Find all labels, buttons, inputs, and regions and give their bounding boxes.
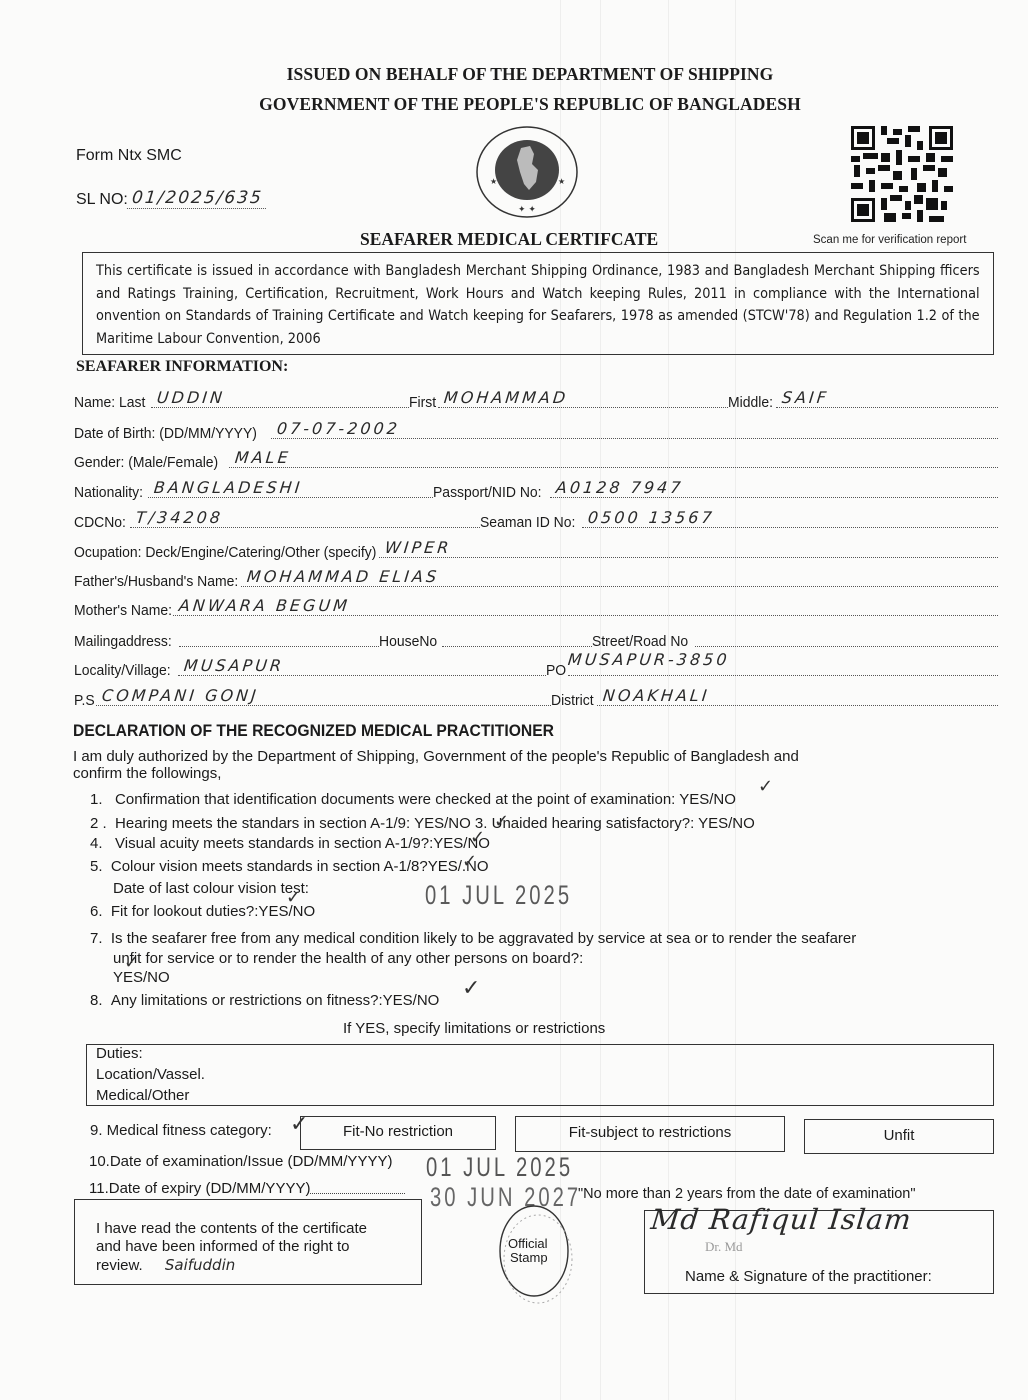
- mailing-address-label: Mailingaddress:: [74, 633, 172, 650]
- colour-test-date-stamp: 01 JUL 2025: [425, 880, 572, 911]
- seaman-id-label: Seaman ID No:: [480, 514, 575, 531]
- locality-label: Locality/Village:: [74, 662, 171, 679]
- practitioner-stamp-text: Dr. Md: [705, 1239, 743, 1255]
- location-label: Location/Vassel.: [96, 1064, 993, 1085]
- limitations-box: Duties: Location/Vassel. Medical/Other: [86, 1044, 994, 1106]
- duties-label: Duties:: [96, 1043, 993, 1064]
- locality-value: MUSAPUR: [183, 656, 285, 675]
- preamble-box: This certificate is issued in accordance…: [82, 252, 994, 355]
- item-8: 8. Any limitations or restrictions on fi…: [90, 992, 439, 1009]
- dob-row: Date of Birth: (DD/MM/YYYY) 07-07-2002: [74, 418, 998, 442]
- medical-other-label: Medical/Other: [96, 1085, 993, 1106]
- check-mark-icon: ✓: [494, 811, 509, 832]
- cdc-row: CDCNo: T/34208 Seaman ID No: 0500 13567: [74, 507, 998, 531]
- practitioner-signature-box: Md Rafiqul Islam Dr. Md Name & Signature…: [644, 1210, 994, 1294]
- preamble-text: This certificate is issued in accordance…: [96, 260, 980, 350]
- certificate-title: SEAFARER MEDICAL CERTIFCATE: [360, 229, 658, 250]
- acknowledgement-line-1: I have read the contents of the certific…: [96, 1220, 421, 1238]
- cdc-label: CDCNo:: [74, 514, 126, 531]
- serial-number-label: SL NO:: [76, 191, 128, 209]
- mother-label: Mother's Name:: [74, 602, 172, 619]
- exam-date-stamp: 01 JUL 2025: [426, 1152, 573, 1183]
- svg-text:★: ★: [490, 177, 497, 186]
- declaration-heading: DECLARATION OF THE RECOGNIZED MEDICAL PR…: [73, 722, 554, 741]
- fitness-option-unfit[interactable]: Unfit: [804, 1119, 994, 1154]
- official-stamp-label-2: Stamp: [510, 1250, 548, 1265]
- seafarer-info-heading: SEAFARER INFORMATION:: [76, 358, 288, 376]
- practitioner-label: Name & Signature of the practitioner:: [685, 1268, 932, 1285]
- item-5: 5. Colour vision meets standards in sect…: [90, 858, 489, 875]
- form-code: Form Ntx SMC: [76, 147, 182, 165]
- item-2-3: 2 . Hearing meets the standars in sectio…: [90, 815, 755, 832]
- nationality-row: Nationality: BANGLADESHI Passport/NID No…: [74, 477, 998, 501]
- name-row: Name: Last UDDIN First MOHAMMAD Middle: …: [74, 387, 998, 411]
- fitness-category-label: 9. Medical fitness category:: [90, 1122, 272, 1139]
- check-mark-icon: ✓: [286, 887, 301, 908]
- check-mark-icon: ✓: [124, 952, 139, 973]
- gender-row: Gender: (Male/Female) MALE: [74, 447, 998, 471]
- nationality-label: Nationality:: [74, 484, 143, 501]
- qr-caption: Scan me for verification report: [813, 234, 966, 246]
- limitations-caption: If YES, specify limitations or restricti…: [343, 1020, 605, 1037]
- middle-name-label: Middle:: [728, 394, 773, 411]
- item-7-continued: unfit for service or to render the healt…: [113, 950, 583, 967]
- dob-value: 07-07-2002: [276, 419, 401, 438]
- middle-name-value: SAIF: [781, 388, 830, 407]
- street-label: Street/Road No: [592, 633, 688, 650]
- cdc-value: T/34208: [135, 508, 224, 527]
- acknowledgement-line-3: review. Saifuddin: [96, 1256, 421, 1275]
- last-name-label: Name: Last: [74, 394, 145, 411]
- official-stamp-label-1: Official: [508, 1236, 548, 1251]
- mother-row: Mother's Name: ANWARA BEGUM: [74, 595, 998, 619]
- check-mark-icon: ✓: [462, 851, 477, 872]
- expiry-note: "No more than 2 years from the date of e…: [578, 1186, 916, 1202]
- po-label: PO: [546, 662, 566, 679]
- po-value: MUSAPUR-3850: [567, 650, 731, 669]
- house-no-label: HouseNo: [379, 633, 437, 650]
- gender-value: MALE: [234, 448, 292, 467]
- fitness-option-fit-subject-to-restrictions[interactable]: Fit-subject to restrictions: [515, 1116, 785, 1152]
- locality-row: Locality/Village: MUSAPUR PO MUSAPUR-385…: [74, 655, 998, 679]
- last-name-value: UDDIN: [156, 388, 226, 407]
- district-value: NOAKHALI: [602, 686, 711, 705]
- father-value: MOHAMMAD ELIAS: [246, 567, 440, 586]
- occupation-value: WIPER: [384, 538, 452, 557]
- seafarer-signature: Saifuddin: [165, 1256, 235, 1274]
- passport-label: Passport/NID No:: [433, 484, 542, 501]
- seaman-id-value: 0500 13567: [587, 508, 716, 527]
- svg-text:★: ★: [558, 177, 565, 186]
- fitness-option-fit-no-restriction[interactable]: Fit-No restriction: [300, 1116, 496, 1150]
- svg-text:✦ ✦: ✦ ✦: [518, 205, 536, 215]
- declaration-intro-2: confirm the followings,: [73, 765, 221, 782]
- colour-test-date-label: Date of last colour vision test:: [113, 880, 309, 897]
- check-mark-icon: ✓: [462, 976, 480, 1001]
- qr-code-icon[interactable]: [851, 126, 953, 222]
- practitioner-signature: Md Rafiqul Islam: [649, 1203, 913, 1236]
- nationality-value: BANGLADESHI: [153, 478, 303, 497]
- serial-number: SL NO: 01/2025/635: [76, 188, 267, 209]
- government-line: GOVERNMENT OF THE PEOPLE'S REPUBLIC OF B…: [0, 94, 1028, 115]
- expiry-date-label: 11.Date of expiry (DD/MM/YYYY): [89, 1180, 405, 1197]
- official-stamp-icon: Official Stamp: [494, 1203, 574, 1305]
- acknowledgement-line-2: and have been informed of the right to: [96, 1238, 421, 1256]
- district-label: District: [551, 692, 594, 709]
- item-7: 7. Is the seafarer free from any medical…: [90, 930, 856, 947]
- father-label: Father's/Husband's Name:: [74, 573, 238, 590]
- father-row: Father's/Husband's Name: MOHAMMAD ELIAS: [74, 566, 998, 590]
- dob-label: Date of Birth: (DD/MM/YYYY): [74, 425, 257, 442]
- item-4: 4. Visual acuity meets standards in sect…: [90, 835, 490, 852]
- issuing-authority-line: ISSUED ON BEHALF OF THE DEPARTMENT OF SH…: [0, 64, 1028, 85]
- check-mark-icon: ✓: [470, 827, 485, 848]
- passport-value: A0128 7947: [555, 478, 684, 497]
- exam-date-label: 10.Date of examination/Issue (DD/MM/YYYY…: [89, 1153, 392, 1170]
- gender-label: Gender: (Male/Female): [74, 454, 218, 471]
- item-1: 1. Confirmation that identification docu…: [90, 791, 736, 808]
- acknowledgement-box: I have read the contents of the certific…: [74, 1199, 422, 1285]
- ps-value: COMPANI GONJ: [101, 686, 260, 705]
- mailing-row: Mailingaddress: HouseNo Street/Road No: [74, 626, 998, 650]
- occupation-label: Ocupation: Deck/Engine/Catering/Other (s…: [74, 544, 376, 561]
- first-name-value: MOHAMMAD: [443, 388, 569, 407]
- occupation-row: Ocupation: Deck/Engine/Catering/Other (s…: [74, 537, 998, 561]
- item-7-answer: YES/NO: [113, 969, 170, 986]
- mother-value: ANWARA BEGUM: [178, 596, 351, 615]
- serial-number-value: 01/2025/635: [127, 188, 268, 209]
- check-mark-icon: ✓: [758, 776, 773, 797]
- item-6: 6. Fit for lookout duties?:YES/NO: [90, 903, 315, 920]
- government-emblem-icon: ✦ ✦ ★ ★: [474, 124, 580, 220]
- ps-row: P.S COMPANI GONJ District NOAKHALI: [74, 685, 998, 709]
- ps-label: P.S: [74, 692, 95, 709]
- first-name-label: First: [409, 394, 436, 411]
- declaration-intro-1: I am duly authorized by the Department o…: [73, 748, 799, 765]
